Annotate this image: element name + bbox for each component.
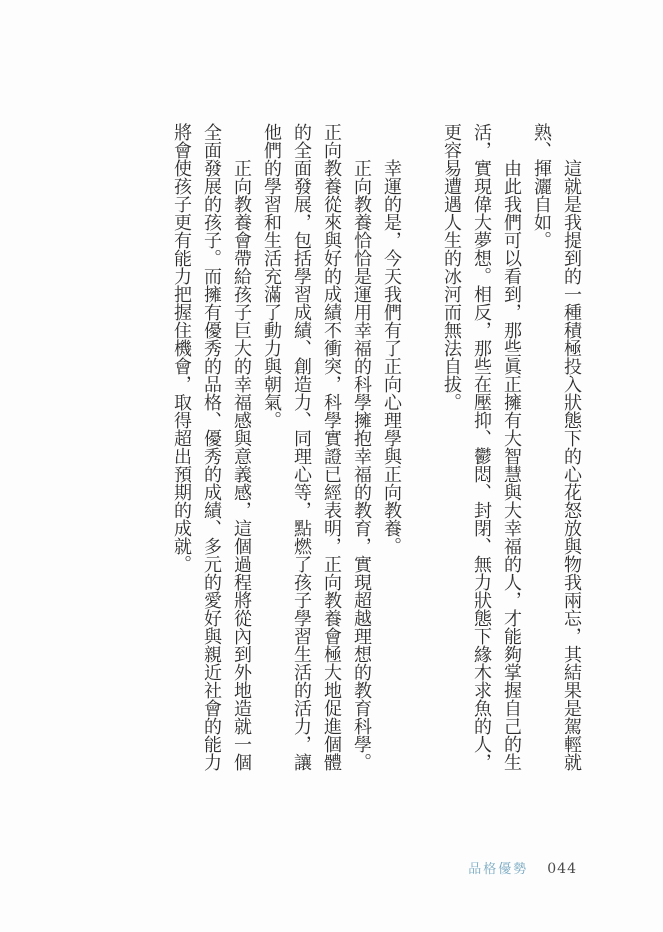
page-footer: 品格優勢 044 — [468, 858, 577, 877]
running-title: 品格優勢 — [468, 858, 528, 877]
paragraph: 正向教養恰恰是運用幸福的科學擁抱幸福的教育，實現超越理想的教育科學。正向教養從來… — [256, 123, 376, 771]
page-number: 044 — [547, 861, 577, 877]
book-page: 這就是我提到的一種積極投入狀態下的心花怒放與物我兩忘，其結果是駕輕就熟、揮灑自如… — [0, 0, 663, 932]
paragraph: 幸運的是，今天我們有了正向心理學與正向教養。 — [376, 123, 406, 771]
body-text-block: 這就是我提到的一種積極投入狀態下的心花怒放與物我兩忘，其結果是駕輕就熟、揮灑自如… — [166, 123, 586, 771]
paragraph: 由此我們可以看到，那些眞正擁有大智慧與大幸福的人，才能夠掌握自己的生活，實現偉大… — [436, 123, 526, 771]
paragraph: 正向教養會帶給孩子巨大的幸福感與意義感，這個過程將從內到外地造就一個全面發展的孩… — [166, 123, 256, 771]
paragraph: 這就是我提到的一種積極投入狀態下的心花怒放與物我兩忘，其結果是駕輕就熟、揮灑自如… — [526, 123, 586, 771]
